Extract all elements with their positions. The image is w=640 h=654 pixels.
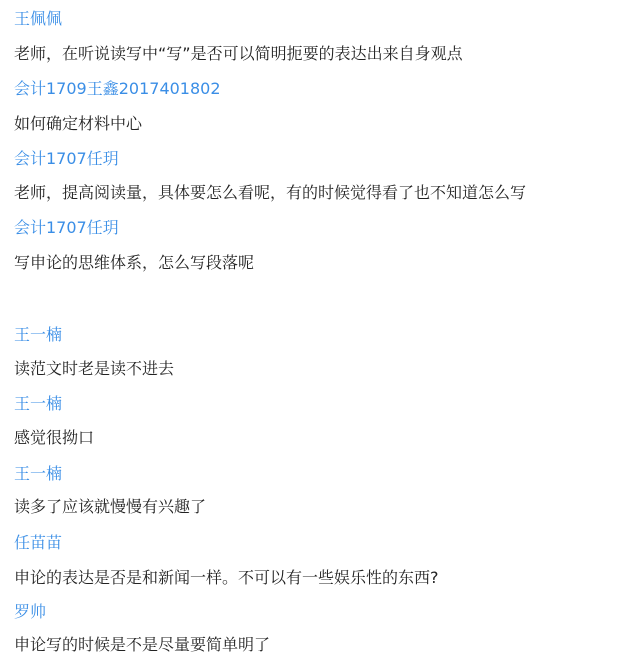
sender-name[interactable]: 王一楠 bbox=[14, 324, 62, 346]
message-text: 申论的表达是否是和新闻一样。不可以有一些娱乐性的东西? bbox=[14, 567, 439, 589]
message-text: 感觉很拗口 bbox=[14, 427, 94, 449]
sender-name[interactable]: 会计1709王鑫2017401802 bbox=[14, 78, 221, 100]
sender-name[interactable]: 王佩佩 bbox=[14, 8, 62, 30]
message-text: 申论写的时候是不是尽量要简单明了 bbox=[14, 634, 270, 654]
sender-name[interactable]: 王一楠 bbox=[14, 463, 62, 485]
message-text: 老师，提高阅读量，具体要怎么看呢，有的时候觉得看了也不知道怎么写 bbox=[14, 182, 526, 204]
message-text: 老师，在听说读写中“写”是否可以简明扼要的表达出来自身观点 bbox=[14, 43, 463, 65]
sender-name[interactable]: 罗帅 bbox=[14, 601, 46, 623]
message-text: 读多了应该就慢慢有兴趣了 bbox=[14, 496, 206, 518]
message-text: 写申论的思维体系，怎么写段落呢 bbox=[14, 252, 254, 274]
sender-name[interactable]: 会计1707任玥 bbox=[14, 217, 119, 239]
message-text: 如何确定材料中心 bbox=[14, 113, 142, 135]
sender-name[interactable]: 会计1707任玥 bbox=[14, 148, 119, 170]
sender-name[interactable]: 王一楠 bbox=[14, 393, 62, 415]
sender-name[interactable]: 任苗苗 bbox=[14, 532, 62, 554]
message-text: 读范文时老是读不进去 bbox=[14, 358, 174, 380]
